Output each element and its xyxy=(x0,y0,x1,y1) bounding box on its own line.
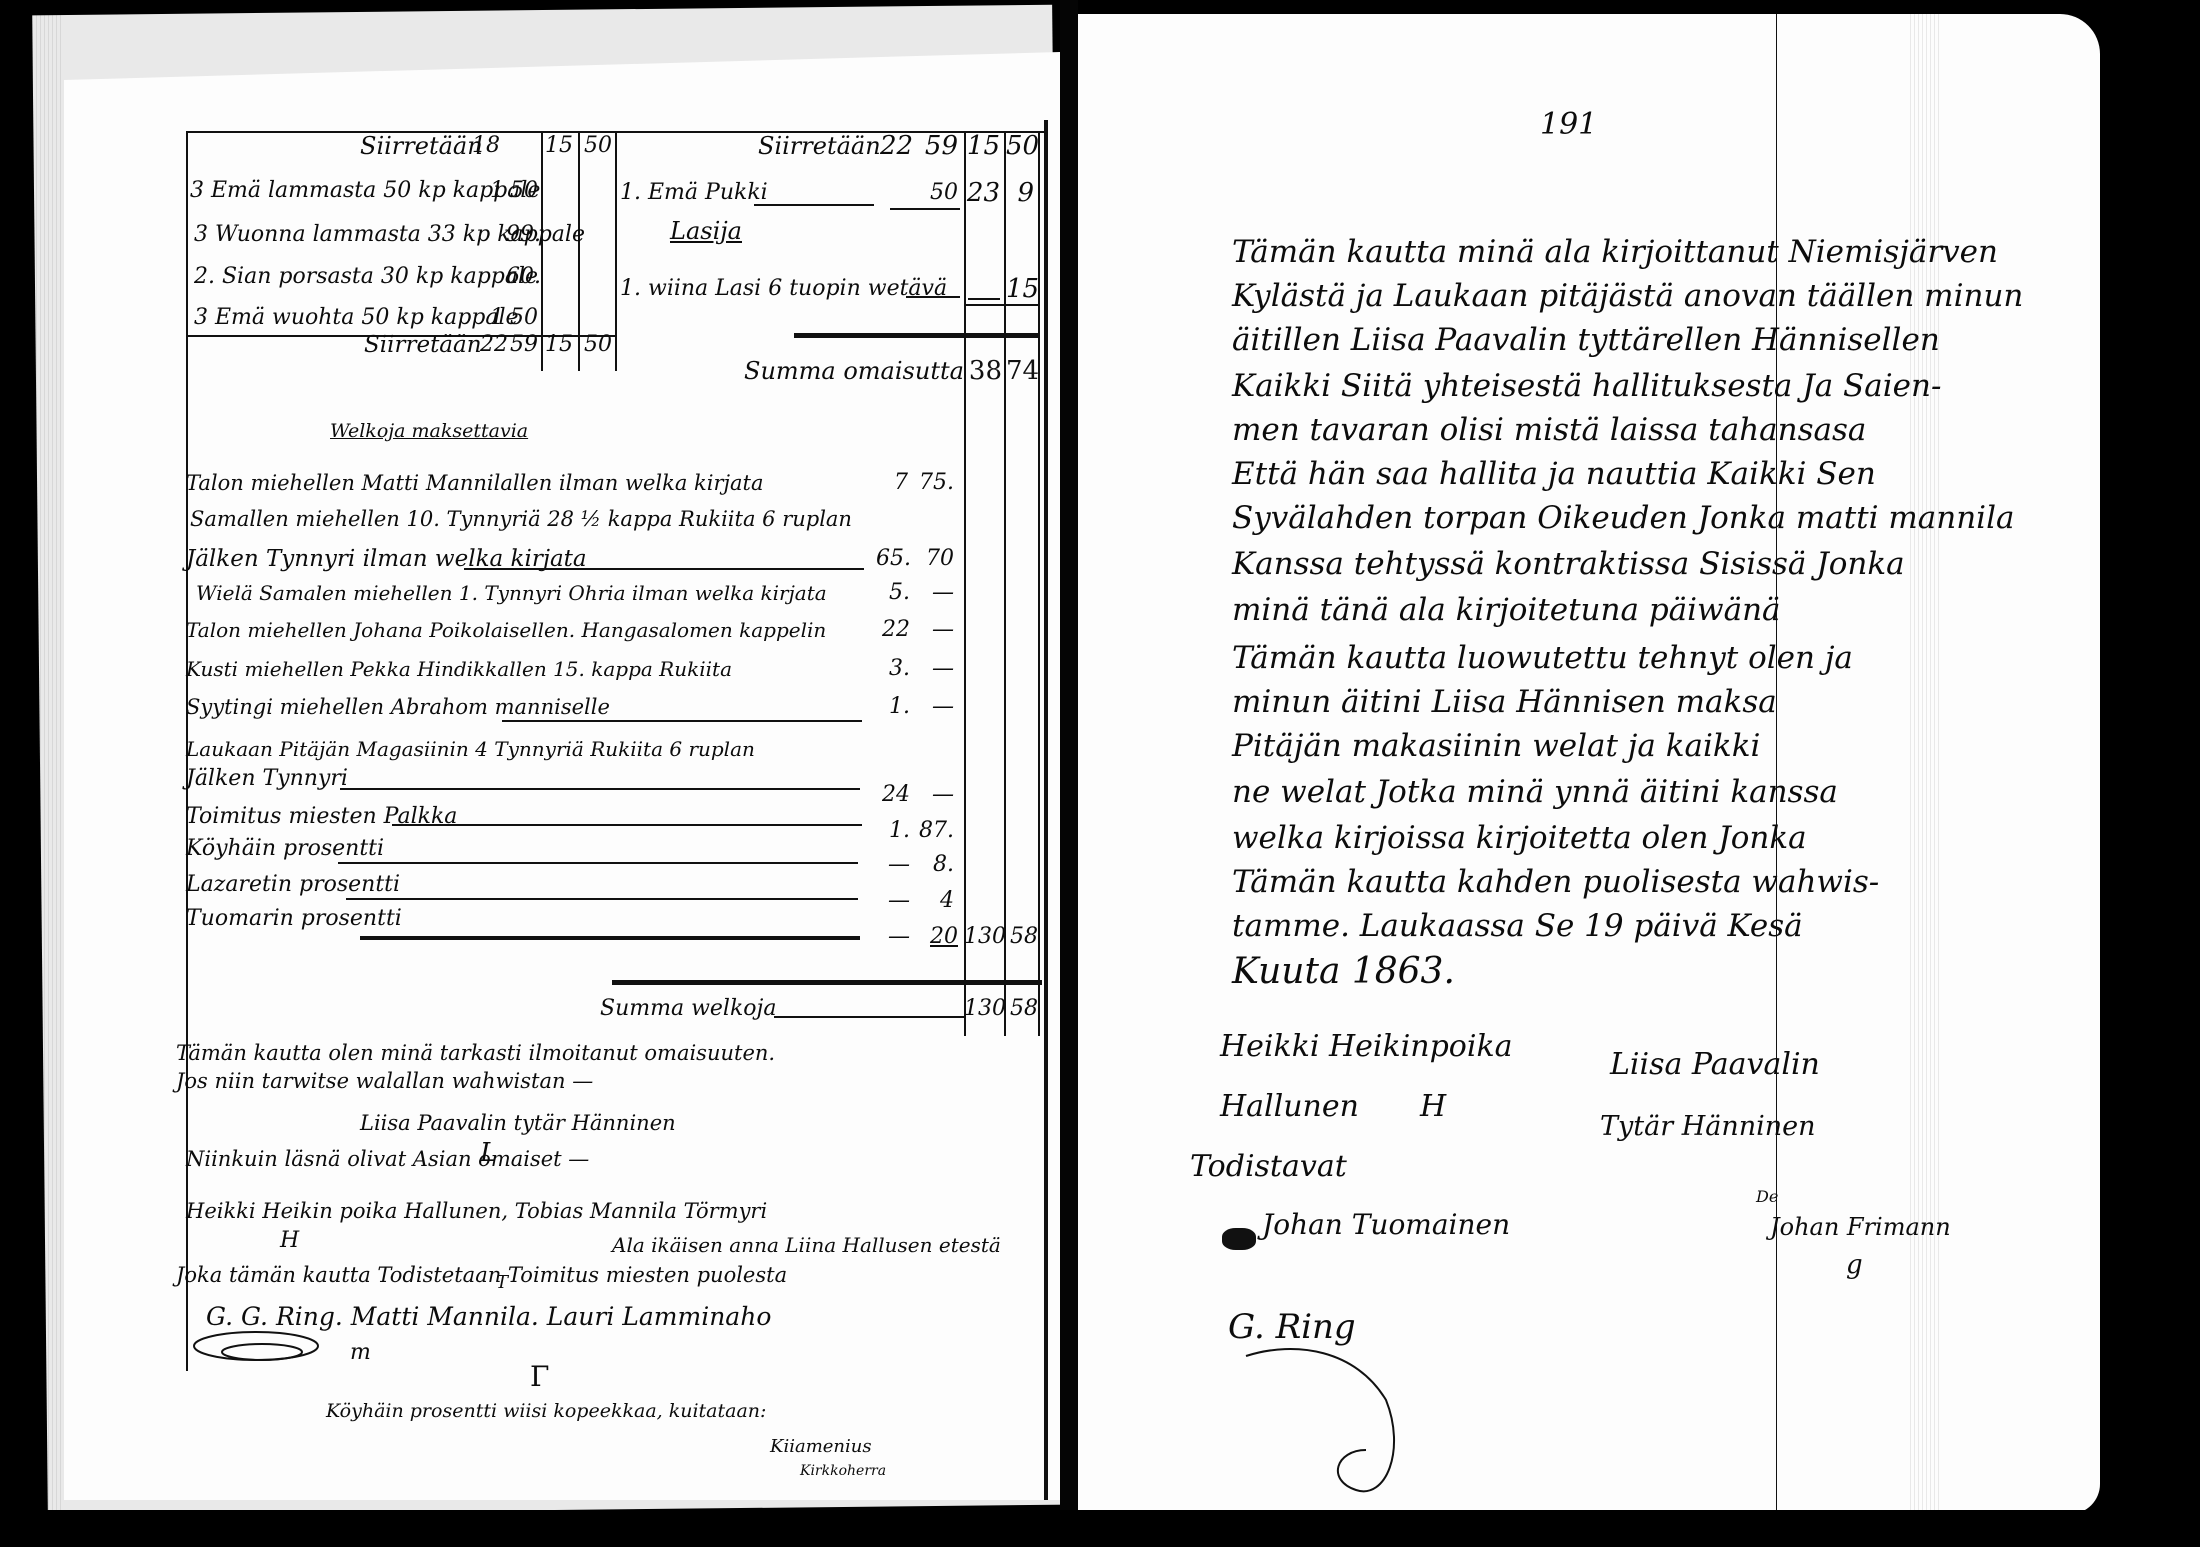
body-line: Syvälahden torpan Oikeuden Jonka matti m… xyxy=(1232,500,2015,536)
subtotal-value: 22 xyxy=(480,332,504,358)
witness-2-signature: Johan Frimann xyxy=(1770,1210,1951,1244)
carry-value: 50 xyxy=(1006,133,1038,159)
witness-3-signature: G. Ring xyxy=(1228,1310,1356,1344)
declarant-signature: Liisa Paavalin tytär Hänninen xyxy=(360,1110,676,1136)
body-line: minä tänä ala kirjoitetuna päiwänä xyxy=(1232,592,1781,628)
debt-kop: 70 xyxy=(914,546,954,572)
carry-value: 15 xyxy=(966,133,1000,159)
debt-kop: — xyxy=(914,694,954,720)
total-debts-value: 58 xyxy=(1006,996,1038,1022)
debt-rub: 7 xyxy=(890,470,908,496)
scan-edge-right xyxy=(2100,0,2200,1547)
minor-heir-line: Ala ikäisen anna Liina Hallusen etestä xyxy=(612,1232,1001,1258)
carry-value: 59 xyxy=(918,133,958,159)
total-rule xyxy=(794,333,1038,338)
presence-mark: L xyxy=(480,1140,497,1166)
col-rule xyxy=(1038,131,1040,1036)
item-rub: 1 xyxy=(490,178,504,204)
body-line: äitillen Liisa Paavalin tyttärellen Hänn… xyxy=(1232,322,1940,358)
body-line: minun äitini Liisa Hännisen maksa xyxy=(1232,684,1777,720)
carry-label: Siirretään xyxy=(360,133,483,159)
debt-line: Lazaretin prosentti xyxy=(186,872,400,898)
debt-rub: 1. xyxy=(876,694,910,720)
witness-1-signature: Johan Tuomainen xyxy=(1262,1208,1510,1242)
book-gutter xyxy=(1060,0,1078,1547)
debt-kop: 4 xyxy=(914,888,954,914)
ink-blot xyxy=(1222,1228,1256,1250)
item-kop: 50 xyxy=(506,178,538,204)
debts-column-total: 58 xyxy=(1006,924,1038,950)
leader-line xyxy=(968,298,1000,300)
body-line-date: Kuuta 1863. xyxy=(1232,954,1455,990)
debt-rub: 1. xyxy=(876,818,910,844)
debt-line: Kusti miehellen Pekka Hindikkallen 15. k… xyxy=(186,656,732,682)
debt-line: Talon miehellen Matti Mannilallen ilman … xyxy=(186,470,763,496)
debt-rub: — xyxy=(876,888,910,914)
signature-mark-h: H xyxy=(1420,1090,1446,1124)
debt-line: Wielä Samalen miehellen 1. Tynnyri Ohria… xyxy=(196,580,827,606)
inventory-item: 1. wiina Lasi 6 tuopin wetävä xyxy=(620,276,947,302)
total-debts-value: 130 xyxy=(964,996,1002,1022)
subtotal-value: 59 xyxy=(506,332,538,358)
receipt-note: Köyhäin prosentti wiisi kopeekkaa, kuita… xyxy=(326,1398,766,1424)
body-line: Kylästä ja Laukaan pitäjästä anovan tääl… xyxy=(1232,278,2023,314)
declaration-line: Tämän kautta olen minä tarkasti ilmoitan… xyxy=(176,1040,775,1066)
debt-kop: 8. xyxy=(914,852,954,878)
debt-kop: 75. xyxy=(914,470,954,496)
debt-kop: 87. xyxy=(914,818,954,844)
page-edge-rule xyxy=(1044,120,1048,1500)
carry-label: Siirretään xyxy=(758,133,881,159)
mark-t: T xyxy=(496,1270,508,1296)
body-line: Kaikki Siitä yhteisestä hallituksesta Ja… xyxy=(1232,368,1941,404)
item-kop: 60. xyxy=(506,264,538,290)
subtotal-value: 50 xyxy=(580,332,612,358)
body-line: ne welat Jotka minä ynnä äitini kanssa xyxy=(1232,774,1838,810)
witness-line: Joka tämän kautta Todistetaan Toimitus m… xyxy=(176,1262,787,1288)
witness-2-mark: g xyxy=(1846,1248,1863,1282)
debt-line: Laukaan Pitäjän Magasiinin 4 Tynnyriä Ru… xyxy=(186,736,755,762)
signature-heir-1: Heikki Heikinpoika xyxy=(1220,1030,1513,1064)
presence-line: Niinkuin läsnä olivat Asian omaiset — xyxy=(186,1146,589,1172)
leader-line xyxy=(338,862,858,864)
leader-line xyxy=(774,1016,964,1018)
debt-kop: — xyxy=(914,617,954,643)
body-line: Tämän kautta kahden puolisesta wahwis- xyxy=(1232,864,1879,900)
body-line: tamme. Laukaassa Se 19 päivä Kesä xyxy=(1232,908,1803,944)
item-value: 15 xyxy=(1006,276,1034,302)
total-assets-label: Summa omaisutta xyxy=(744,358,964,384)
mark-m: m xyxy=(350,1340,371,1366)
debt-rub: — xyxy=(876,924,910,950)
item-value: 23 xyxy=(966,180,1000,206)
body-line: welka kirjoissa kirjoitetta olen Jonka xyxy=(1232,820,1807,856)
inventory-item: 3 Emä lammasta 50 kp kappale xyxy=(190,178,540,204)
body-line: Tämän kautta minä ala kirjoittanut Niemi… xyxy=(1232,234,1998,270)
folio-number: 191 xyxy=(1540,112,1597,138)
scan-edge-left xyxy=(0,0,64,1547)
body-line: Kanssa tehtyssä kontraktissa Sisissä Jon… xyxy=(1232,546,1905,582)
carry-value: 15 xyxy=(545,133,573,159)
debt-line: Samallen miehellen 10. Tynnyriä 28 ½ kap… xyxy=(190,506,852,532)
debt-line: Tuomarin prosentti xyxy=(186,906,402,932)
debt-line: Jälken Tynnyri xyxy=(186,766,348,792)
debt-line: Köyhäin prosentti xyxy=(186,836,384,862)
carry-value: 50 xyxy=(580,133,612,159)
section-heading-glassware: Lasija xyxy=(670,218,742,244)
debt-line: Syytingi miehellen Abrahom manniselle xyxy=(186,694,610,720)
debt-rub: 65. xyxy=(876,546,910,572)
leader-line xyxy=(346,898,858,900)
carry-value: 18 xyxy=(470,133,500,159)
total-debts-label: Summa welkoja xyxy=(600,996,776,1022)
mark-bracket: Γ xyxy=(530,1364,549,1390)
debts-total-rule xyxy=(612,980,1042,985)
debt-kop: 20 xyxy=(914,924,958,950)
debt-rub: 5. xyxy=(876,580,910,606)
body-line: Että hän saa hallita ja nauttia Kaikki S… xyxy=(1232,456,1876,492)
witness-2-prefix: De xyxy=(1756,1184,1778,1210)
item-value: 9 xyxy=(1006,180,1034,206)
debt-line: Talon miehellen Johana Poikolaisellen. H… xyxy=(186,617,826,643)
debt-rub: 3. xyxy=(876,656,910,682)
debts-heading: Welkoja maksettavia xyxy=(330,418,528,444)
inventory-item: 2. Sian porsasta 30 kp kappale xyxy=(194,264,538,290)
declaration-line: Jos niin tarwitse walallan wahwistan — xyxy=(176,1068,593,1094)
subtotal-label: Siirretään xyxy=(364,332,482,358)
subtotal-value: 15 xyxy=(545,332,573,358)
receipt-title: Kirkkoherra xyxy=(800,1458,886,1484)
leader-line xyxy=(906,296,960,298)
inventory-item: 3 Emä wuohta 50 kp kappale xyxy=(194,305,519,331)
total-assets-value: 74 xyxy=(1006,358,1038,384)
signature-flourish xyxy=(1236,1340,1416,1510)
leader-line xyxy=(360,936,860,940)
debt-rub: 22 xyxy=(876,617,910,643)
leader-line xyxy=(464,568,864,570)
debt-rub: 24 xyxy=(876,782,910,808)
debts-column-total: 130 xyxy=(964,924,1002,950)
item-kop: 50 xyxy=(506,305,538,331)
col-rule xyxy=(1004,131,1006,1036)
leader-line xyxy=(392,824,862,826)
signature-heir-1-surname: Hallunen xyxy=(1220,1090,1359,1124)
debt-kop: — xyxy=(914,656,954,682)
leader-line xyxy=(754,204,874,206)
col-rule xyxy=(964,131,966,1036)
mark-h: H xyxy=(280,1228,299,1254)
total-assets-value: 38 xyxy=(964,358,1002,384)
item-rub: 1 xyxy=(490,305,504,331)
item-kop: 50 xyxy=(918,180,958,206)
leader-line xyxy=(502,720,862,722)
debt-kop: — xyxy=(914,782,954,808)
debt-line: Toimitus miesten Palkka xyxy=(186,804,457,830)
debt-rub: — xyxy=(876,852,910,878)
signature-heir-2: Liisa Paavalin xyxy=(1610,1048,1820,1082)
body-line: Pitäjän makasiinin welat ja kaikki xyxy=(1232,728,1760,764)
row-rule xyxy=(964,304,1040,306)
receipt-signature: Kiiamenius xyxy=(770,1434,872,1460)
scan-edge-bottom xyxy=(0,1510,2200,1547)
leader-line xyxy=(890,208,960,210)
debt-kop: — xyxy=(914,580,954,606)
signature-flourish xyxy=(186,1322,326,1372)
signature-heir-2-surname: Tytär Hänninen xyxy=(1600,1110,1816,1144)
parties-line: Heikki Heikin poika Hallunen, Tobias Man… xyxy=(186,1198,767,1224)
inventory-item: 1. Emä Pukki xyxy=(620,180,768,206)
body-line: Tämän kautta luowutettu tehnyt olen ja xyxy=(1232,640,1853,676)
witnesses-label: Todistavat xyxy=(1190,1150,1347,1184)
body-line: men tavaran olisi mistä laissa tahansasa xyxy=(1232,412,1866,448)
carry-value: 22 xyxy=(880,133,910,159)
item-kop: 99. xyxy=(506,222,538,248)
leader-line xyxy=(340,788,860,790)
